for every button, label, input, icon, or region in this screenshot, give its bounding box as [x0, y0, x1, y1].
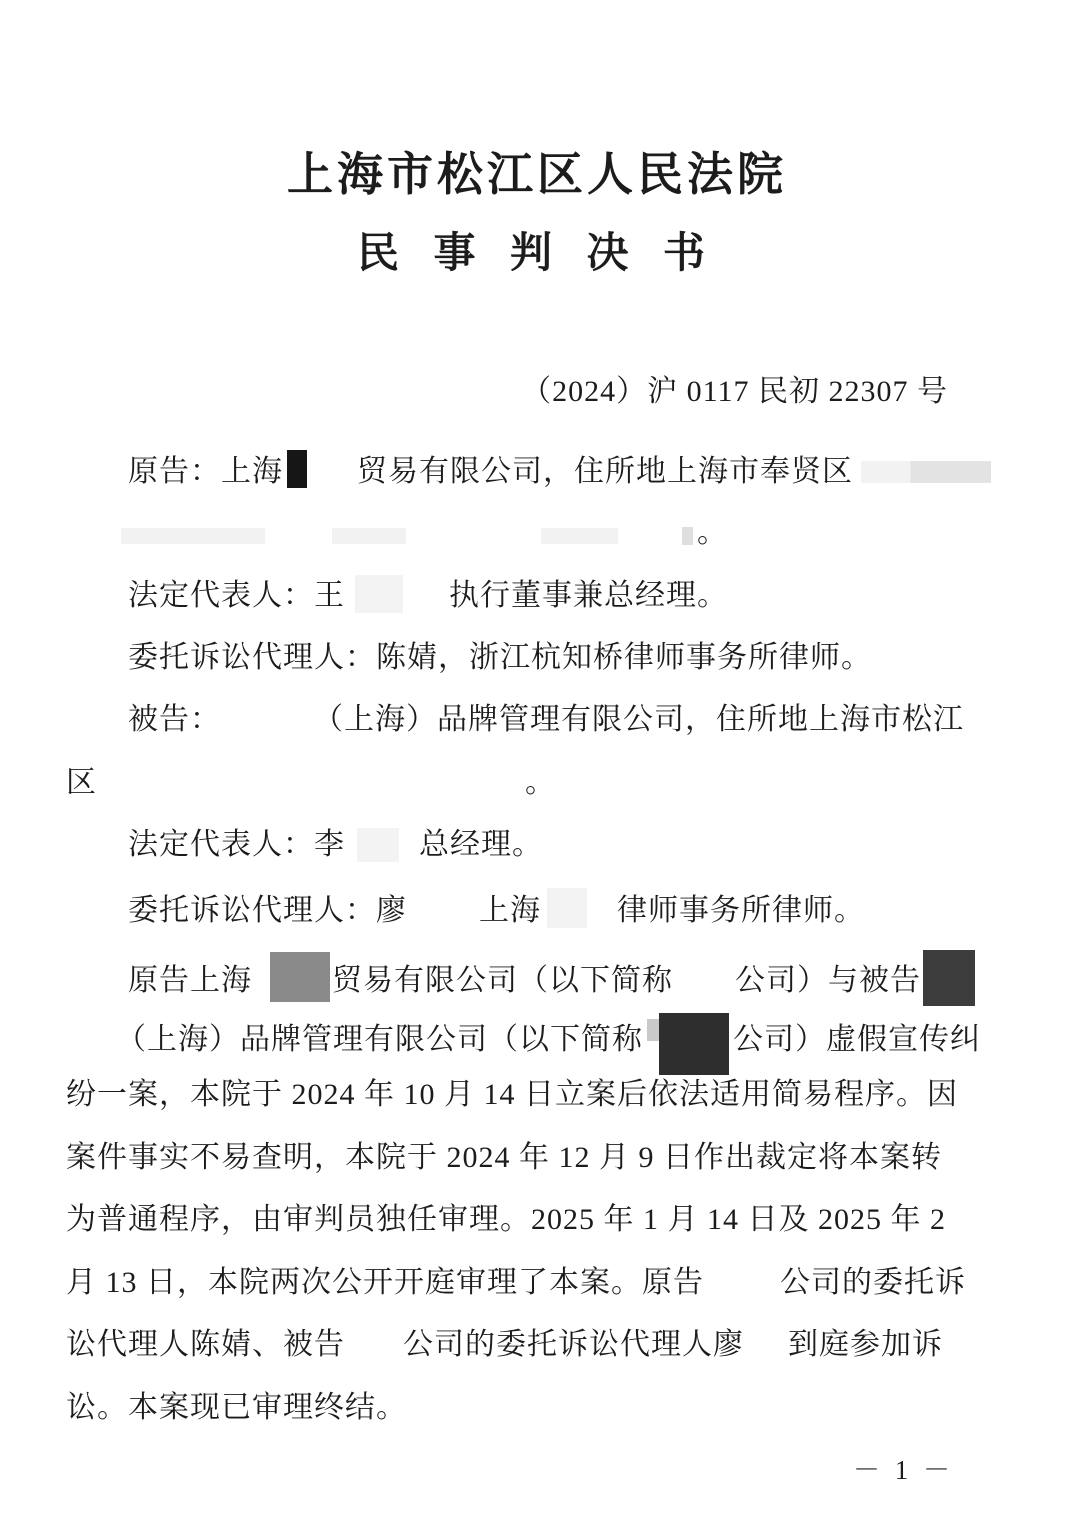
redaction-faint-icon	[547, 888, 587, 928]
defendant-rep-post: 总经理。	[419, 828, 543, 861]
defendant-address-line: 区。	[66, 763, 1028, 803]
redaction-dark-icon	[923, 950, 975, 1006]
intro-7c: 到庭参加诉	[788, 1328, 943, 1361]
intro-4: 案件事实不易查明，本院于 2024 年 12 月 9 日作出裁定将本案转	[66, 1141, 942, 1174]
case-intro-line-8: 讼。本案现已审理终结。	[66, 1388, 1028, 1428]
redaction-faint-icon	[541, 528, 618, 544]
case-intro-line-4: 案件事实不易查明，本院于 2024 年 12 月 9 日作出裁定将本案转	[66, 1138, 1028, 1178]
plaintiff-rep-pre: 法定代表人：王	[128, 579, 345, 612]
defendant-agent-pre: 委托诉讼代理人：廖	[128, 894, 407, 927]
intro-5: 为普通程序，由审判员独任审理。2025 年 1 月 14 日及 2025 年 2	[66, 1203, 946, 1236]
page-number: － 1 －	[853, 1448, 954, 1487]
redaction-faint-icon	[357, 828, 399, 862]
redaction-light-icon	[861, 461, 991, 483]
intro-1b: 贸易有限公司（以下简称	[332, 964, 673, 997]
defendant-address-period: 。	[525, 766, 556, 799]
redaction-sliver-icon	[647, 1019, 659, 1041]
redaction-gray-icon	[270, 952, 330, 1002]
defendant-agent-post: 律师事务所律师。	[617, 894, 865, 927]
intro-2b: 公司）虚假宣传纠	[733, 1023, 981, 1056]
redaction-faint-icon	[121, 528, 265, 544]
intro-7b: 公司的委托诉讼代理人廖	[403, 1328, 744, 1361]
plaintiff-text-pre: 原告：上海	[128, 455, 283, 488]
intro-6b: 公司的委托诉	[780, 1266, 966, 1299]
plaintiff-agent-text: 委托诉讼代理人：陈婧，浙江杭知桥律师事务所律师。	[128, 641, 872, 674]
redaction-black-icon	[287, 450, 307, 488]
case-intro-line-7: 讼代理人陈婧、被告公司的委托诉讼代理人廖到庭参加诉	[66, 1325, 1028, 1365]
intro-6a: 月 13 日，本院两次公开开庭审理了本案。原告	[66, 1266, 704, 1299]
plaintiff-text-post: 贸易有限公司，住所地上海市奉贤区	[357, 455, 853, 488]
case-intro-line-2: （上海）品牌管理有限公司（以下简称公司）虚假宣传纠	[66, 1013, 1074, 1075]
defendant-text-post: （上海）品牌管理有限公司，住所地上海市松江	[313, 703, 964, 736]
redaction-faint-icon	[355, 575, 403, 613]
intro-3: 纷一案，本院于 2024 年 10 月 14 日立案后依法适用简易程序。因	[66, 1078, 958, 1111]
case-intro-line-1: 原告上海贸易有限公司（以下简称公司）与被告	[66, 950, 1074, 1006]
defendant-agent-mid: 上海	[479, 894, 541, 927]
intro-1a: 原告上海	[128, 964, 252, 997]
defendant-representative-line: 法定代表人：李总经理。	[66, 825, 1074, 865]
redaction-dark-icon	[659, 1013, 729, 1075]
intro-7a: 讼代理人陈婧、被告	[66, 1328, 345, 1361]
court-name: 上海市松江区人民法院	[0, 138, 1074, 204]
plaintiff-agent-line: 委托诉讼代理人：陈婧，浙江杭知桥律师事务所律师。	[66, 638, 1074, 678]
defendant-rep-pre: 法定代表人：李	[128, 828, 345, 861]
case-intro-line-5: 为普通程序，由审判员独任审理。2025 年 1 月 14 日及 2025 年 2	[66, 1200, 1028, 1240]
case-intro-line-6: 月 13 日，本院两次公开开庭审理了本案。原告公司的委托诉	[66, 1263, 1028, 1303]
plaintiff-address-period: 。	[697, 516, 728, 549]
intro-1c: 公司）与被告	[735, 964, 921, 997]
defendant-address-pre: 区	[66, 766, 97, 799]
defendant-line: 被告：（上海）品牌管理有限公司，住所地上海市松江	[66, 700, 1074, 740]
case-intro-line-3: 纷一案，本院于 2024 年 10 月 14 日立案后依法适用简易程序。因	[66, 1075, 1028, 1115]
plaintiff-line: 原告：上海贸易有限公司，住所地上海市奉贤区	[66, 450, 1074, 492]
plaintiff-rep-post: 执行董事兼总经理。	[449, 579, 728, 612]
redaction-faint-icon	[332, 528, 406, 544]
judgment-page: 上海市松江区人民法院 民 事 判 决 书 （2024）沪 0117 民初 223…	[0, 0, 1074, 1519]
document-title: 民 事 判 决 书	[0, 220, 1074, 280]
redaction-faint-icon	[682, 527, 693, 545]
defendant-text-pre: 被告：	[128, 703, 221, 736]
defendant-agent-line: 委托诉讼代理人：廖上海律师事务所律师。	[66, 888, 1074, 931]
case-number: （2024）沪 0117 民初 22307 号	[521, 366, 948, 410]
plaintiff-representative-line: 法定代表人：王执行董事兼总经理。	[66, 575, 1074, 616]
plaintiff-address-line: 。	[66, 513, 1028, 553]
intro-2a: （上海）品牌管理有限公司（以下简称	[116, 1023, 643, 1056]
intro-8: 讼。本案现已审理终结。	[66, 1391, 407, 1424]
